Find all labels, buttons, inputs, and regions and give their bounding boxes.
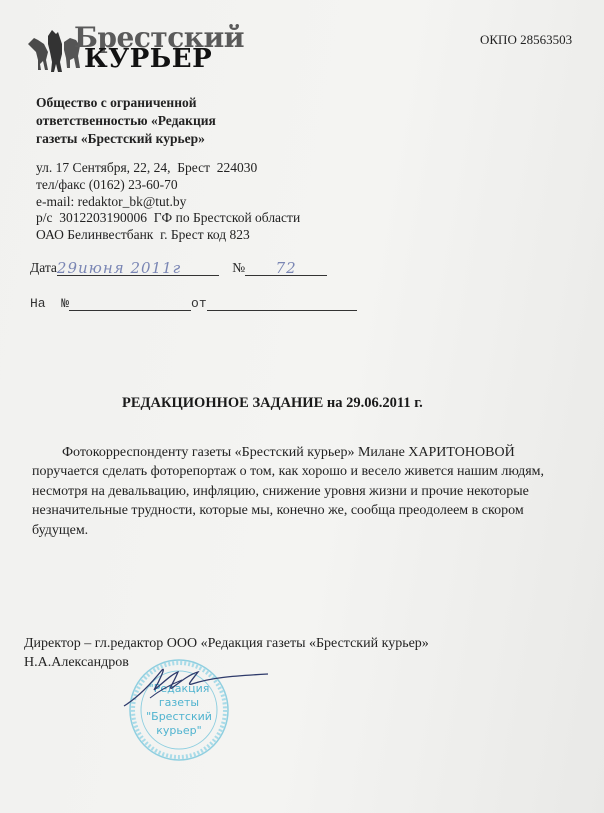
stamp-line: курьер": [128, 724, 230, 738]
ref-label: На №: [30, 296, 69, 311]
body-line: поручается сделать фоторепортаж о том, к…: [32, 462, 582, 481]
body-line: Фотокорреспонденту газеты «Брестский кур…: [62, 443, 582, 462]
handwritten-signature-icon: [120, 660, 270, 710]
ref-date-field: [207, 294, 357, 311]
date-value: 29июня 2011г: [57, 259, 181, 277]
okpo-code: ОКПО 28563503: [480, 32, 572, 48]
document-body: Фотокорреспонденту газеты «Брестский кур…: [62, 443, 582, 540]
logo-text-line2: курьер: [84, 44, 212, 74]
phone: тел/факс (0162) 23-60-70: [36, 177, 300, 194]
signatory-position: Директор – гл.редактор ООО «Редакция газ…: [24, 636, 429, 652]
stamp-line: "Брестский: [128, 710, 230, 724]
ref-number-field: [69, 294, 191, 311]
document-title: РЕДАКЦИОННОЕ ЗАДАНИЕ на 29.06.2011 г.: [122, 395, 423, 412]
number-value: 72: [276, 259, 297, 277]
body-line: несмотря на девальвацию, инфляцию, сниже…: [32, 482, 582, 501]
signatory-name: Н.А.Александров: [24, 655, 129, 671]
body-line: незначительные трудности, которые мы, ко…: [32, 501, 582, 520]
registration-line: Дата29июня 2011г №72: [30, 259, 327, 276]
organization-name: Общество с ограниченной ответственностью…: [36, 94, 216, 148]
number-label: №: [232, 260, 245, 275]
bank-name: ОАО Белинвестбанк г. Брест код 823: [36, 227, 300, 244]
body-line: будущем.: [32, 521, 582, 540]
email: e-mail: redaktor_bk@tut.by: [36, 194, 300, 211]
bank-account: р/с 3012203190006 ГФ по Брестской област…: [36, 210, 300, 227]
org-line: газеты «Брестский курьер»: [36, 130, 216, 148]
contact-block: ул. 17 Сентября, 22, 24, Брест 224030 те…: [36, 160, 300, 244]
address: ул. 17 Сентября, 22, 24, Брест 224030: [36, 160, 300, 177]
date-label: Дата: [30, 260, 57, 275]
ref-from-label: от: [191, 296, 207, 311]
org-line: Общество с ограниченной: [36, 94, 216, 112]
org-line: ответственностью «Редакция: [36, 112, 216, 130]
newspaper-logo: Брестский курьер: [26, 26, 266, 74]
reference-line: На №от: [30, 294, 357, 311]
date-field: 29июня 2011г: [57, 259, 219, 276]
number-field: 72: [245, 259, 327, 276]
